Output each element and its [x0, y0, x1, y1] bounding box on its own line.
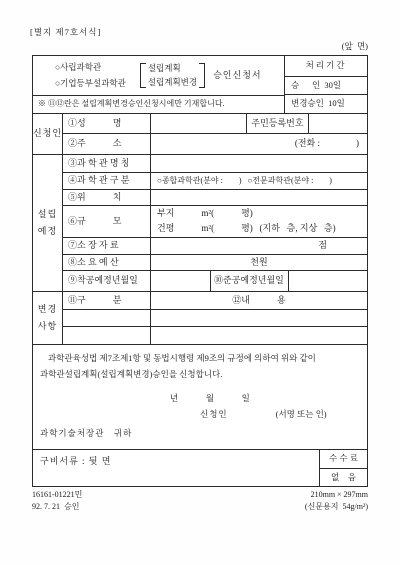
- scale-label: ⑥규 모: [63, 206, 151, 237]
- applicant-group-label: 신청인: [33, 114, 63, 154]
- table-row: [63, 310, 367, 327]
- establishment-group-text-1: 설립: [38, 210, 57, 220]
- table-row: ①성 명 주민등록번호: [63, 114, 367, 134]
- change-content-cell: [151, 327, 367, 344]
- change-section: 변경 사항 ⑪구 분 ⑫내 용: [33, 292, 367, 345]
- name-field-label: ①성 명: [63, 114, 151, 133]
- table-row: ⑪구 분 ⑫내 용: [63, 292, 367, 310]
- change-rows: ⑪구 분 ⑫내 용: [63, 292, 367, 344]
- change-content-cell: [151, 310, 367, 326]
- applicant-section: 신청인 ①성 명 주민등록번호 ②주 소 (전화 : ): [33, 114, 367, 155]
- corporate-museum-option: ○기업등부설과학관: [55, 79, 126, 88]
- paper-type: (신문용지 54g/m²): [305, 501, 368, 513]
- change-group-text-2: 사항: [38, 322, 57, 332]
- form-table: ○사립과학관 ○기업등부설과학관 설립계획 설립계획변경 승인신청서 ※ ⑪⑫란…: [32, 55, 368, 487]
- rrn-field-label: 주민등록번호: [247, 114, 309, 133]
- form-header: ○사립과학관 ○기업등부설과학관 설립계획 설립계획변경 승인신청서 ※ ⑪⑫란…: [33, 56, 367, 114]
- table-row: ③과 학 관 명 칭: [63, 155, 367, 173]
- table-row: ⑧소 요 예 산 천원: [63, 255, 367, 271]
- change-division-cell: [63, 327, 151, 344]
- declaration-line-2: 과학관설립계획(설립계획변경)승인을 신청합니다.: [40, 370, 360, 379]
- change-content-header: ⑫내 용: [151, 292, 367, 309]
- museum-type-options: ○사립과학관 ○기업등부설과학관: [55, 63, 126, 88]
- approval-date: 92. 7. 21 승인: [32, 501, 82, 513]
- declaration-line-1: 과학관육성법 제7조제1항 및 동법시행령 제9조의 규정에 의하여 위와 같이: [40, 354, 360, 363]
- signature-or-seal-note: (서명 또는 인): [276, 410, 327, 419]
- end-date-label: ⑩준공예정년월일: [211, 271, 289, 291]
- budget-label: ⑧소 요 예 산: [63, 255, 151, 270]
- table-row: [63, 327, 367, 344]
- location-value-cell: [151, 190, 367, 205]
- recipient-line: 과학기술처장관 귀하: [40, 429, 132, 438]
- change-group-text-1: 변경: [38, 305, 57, 315]
- title-bracket: 설립계획 설립계획변경: [140, 62, 205, 89]
- signer-line: 신청인 (서명 또는 인): [40, 410, 360, 419]
- change-approval-period-row: 변경승인 10일: [285, 95, 367, 113]
- change-group-label: 변경 사항: [33, 292, 63, 344]
- establishment-rows: ③과 학 관 명 칭 ④과 학 관 구 분 ○종합과학관(분야 : ) ○전문과…: [63, 155, 367, 291]
- approval-application-title: 승인신청서: [213, 71, 261, 81]
- address-field-label: ②주 소: [63, 134, 151, 154]
- rrn-value-cell: [309, 114, 367, 133]
- establishment-section: 설립 예정 ③과 학 관 명 칭 ④과 학 관 구 분 ○종합과학관(분야 : …: [33, 155, 367, 292]
- museum-name-value-cell: [151, 155, 367, 172]
- required-documents-cell: 구비서류 : 뒷 면: [33, 450, 319, 486]
- change-division-cell: [63, 310, 151, 326]
- table-row: ②주 소 (전화 : ): [63, 134, 367, 154]
- paper-spec-block: 210mm × 297mm (신문용지 54g/m²): [305, 489, 368, 512]
- fee-label: 수 수 료: [320, 450, 367, 469]
- scale-building-line: 건평 m²( 평) (지하 층, 지상 층): [157, 224, 336, 234]
- museum-name-label: ③과 학 관 명 칭: [63, 155, 151, 172]
- budget-unit-cell: 천원: [151, 255, 367, 270]
- fee-value: 없 음: [320, 469, 367, 487]
- applicant-rows: ①성 명 주민등록번호 ②주 소 (전화 : ): [63, 114, 367, 154]
- document-code: 16161-01221민: [32, 489, 82, 501]
- collection-unit-cell: 점: [151, 238, 367, 254]
- private-museum-option: ○사립과학관: [55, 63, 126, 72]
- table-row: ④과 학 관 구 분 ○종합과학관(분야 : ) ○전문과학관(분야 : ): [63, 173, 367, 190]
- fee-box: 수 수 료 없 음: [319, 450, 367, 486]
- footer-row: 구비서류 : 뒷 면 수 수 료 없 음: [33, 450, 367, 486]
- change-division-header: ⑪구 분: [63, 292, 151, 309]
- declaration-area: 과학관육성법 제7조제1항 및 동법시행령 제9조의 규정에 의하여 위와 같이…: [33, 345, 367, 450]
- collection-label: ⑦소 장 자 료: [63, 238, 151, 254]
- title-row: ○사립과학관 ○기업등부설과학관 설립계획 설립계획변경 승인신청서: [33, 56, 284, 95]
- museum-category-label: ④과 학 관 구 분: [63, 173, 151, 189]
- paper-size: 210mm × 297mm: [305, 489, 368, 501]
- fill-in-note: ※ ⑪⑫란은 설립계획변경승인신청시에만 기재합니다.: [38, 100, 225, 109]
- table-row: ⑦소 장 자 료 점: [63, 238, 367, 255]
- establishment-plan-change-label: 설립계획변경: [148, 78, 197, 87]
- date-line: 년 월 일: [170, 394, 360, 403]
- scanned-form-page: [별지 제7호서식] (앞 면) ○사립과학관 ○기업등부설과학관 설립계획 설…: [0, 0, 400, 565]
- print-info: 16161-01221민 92. 7. 21 승인 210mm × 297mm …: [32, 489, 368, 512]
- establishment-group-text-2: 예정: [38, 227, 57, 237]
- header-title-area: ○사립과학관 ○기업등부설과학관 설립계획 설립계획변경 승인신청서 ※ ⑪⑫란…: [33, 56, 284, 113]
- approval-period-row: 승 인 30일: [285, 77, 367, 95]
- processing-period-header: 처리기간: [285, 56, 367, 77]
- start-date-value-cell: [151, 271, 211, 291]
- processing-period-box: 처리기간 승 인 30일 변경승인 10일: [284, 56, 367, 113]
- table-row: ⑨착공예정년월일 ⑩준공예정년월일: [63, 271, 367, 291]
- note-row: ※ ⑪⑫란은 설립계획변경승인신청시에만 기재합니다.: [33, 95, 284, 113]
- table-row: ⑥규 모 부지 m²( 평) 건평 m²( 평) (지하 층, 지상 층): [63, 206, 367, 238]
- scale-site-line: 부지 m²( 평): [157, 209, 253, 219]
- page-side-label: (앞 면): [342, 42, 368, 51]
- table-row: ⑤위 치: [63, 190, 367, 206]
- end-date-value-cell: [289, 271, 367, 291]
- form-reference: [별지 제7호서식]: [30, 28, 101, 37]
- name-value-cell: [151, 114, 247, 133]
- print-code-block: 16161-01221민 92. 7. 21 승인: [32, 489, 82, 512]
- location-label: ⑤위 치: [63, 190, 151, 205]
- start-date-label: ⑨착공예정년월일: [63, 271, 151, 291]
- applicant-group-text: 신청인: [33, 129, 62, 139]
- museum-category-options: ○종합과학관(분야 : ) ○전문과학관(분야 : ): [151, 173, 367, 189]
- establishment-group-label: 설립 예정: [33, 155, 63, 291]
- address-value-cell: (전화 : ): [151, 134, 367, 154]
- applicant-signature-label: 신청인: [200, 410, 228, 419]
- establishment-plan-label: 설립계획: [148, 64, 197, 73]
- scale-value-cell: 부지 m²( 평) 건평 m²( 평) (지하 층, 지상 층): [151, 206, 367, 237]
